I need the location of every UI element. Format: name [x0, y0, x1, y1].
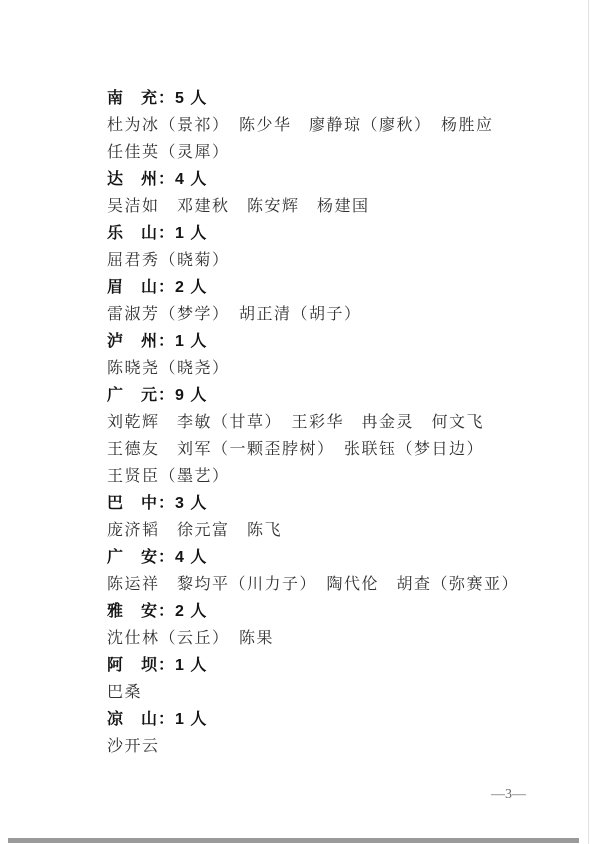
- names-row: 庞济韬 徐元富 陈飞: [107, 517, 568, 544]
- city-section-leshan: 乐 山：1 人 屈君秀（晓菊）: [107, 220, 568, 274]
- city-count-heading: 眉 山：2 人: [107, 274, 568, 301]
- names-row: 任佳英（灵犀）: [107, 139, 568, 166]
- page-right-edge: [588, 0, 589, 844]
- page-bottom-edge-shadow: [8, 838, 579, 843]
- city-count-heading: 泸 州：1 人: [107, 328, 568, 355]
- city-section-liangshan: 凉 山：1 人 沙开云: [107, 706, 568, 760]
- city-count-heading: 达 州：4 人: [107, 166, 568, 193]
- names-row: 陈晓尧（晓尧）: [107, 355, 568, 382]
- names-row: 陈运祥 黎均平（川力子） 陶代伦 胡查（弥赛亚）: [107, 571, 568, 598]
- city-section-guangan: 广 安：4 人 陈运祥 黎均平（川力子） 陶代伦 胡查（弥赛亚）: [107, 544, 568, 598]
- names-row: 王德友 刘军（一颗歪脖树） 张联钰（梦日边）: [107, 436, 568, 463]
- city-section-meishan: 眉 山：2 人 雷淑芳（梦学） 胡正清（胡子）: [107, 274, 568, 328]
- names-row: 刘乾辉 李敏（甘草） 王彩华 冉金灵 何文飞: [107, 409, 568, 436]
- names-row: 沈仕林（云丘） 陈果: [107, 625, 568, 652]
- city-count-heading: 广 安：4 人: [107, 544, 568, 571]
- city-section-aba: 阿 坝：1 人 巴桑: [107, 652, 568, 706]
- city-section-dazhou: 达 州：4 人 吴洁如 邓建秋 陈安辉 杨建国: [107, 166, 568, 220]
- city-count-heading: 南 充：5 人: [107, 85, 568, 112]
- city-count-heading: 阿 坝：1 人: [107, 652, 568, 679]
- city-section-yaan: 雅 安：2 人 沈仕林（云丘） 陈果: [107, 598, 568, 652]
- names-row: 屈君秀（晓菊）: [107, 247, 568, 274]
- names-row: 巴桑: [107, 679, 568, 706]
- city-section-luzhou: 泸 州：1 人 陈晓尧（晓尧）: [107, 328, 568, 382]
- city-count-heading: 广 元：9 人: [107, 382, 568, 409]
- city-section-nanchong: 南 充：5 人 杜为冰（景祁） 陈少华 廖静琼（廖秋） 杨胜应 任佳英（灵犀）: [107, 85, 568, 166]
- city-section-bazhong: 巴 中：3 人 庞济韬 徐元富 陈飞: [107, 490, 568, 544]
- city-count-heading: 乐 山：1 人: [107, 220, 568, 247]
- name-list-content: 南 充：5 人 杜为冰（景祁） 陈少华 廖静琼（廖秋） 杨胜应 任佳英（灵犀） …: [107, 85, 568, 760]
- city-count-heading: 巴 中：3 人: [107, 490, 568, 517]
- names-row: 雷淑芳（梦学） 胡正清（胡子）: [107, 301, 568, 328]
- city-count-heading: 凉 山：1 人: [107, 706, 568, 733]
- city-count-heading: 雅 安：2 人: [107, 598, 568, 625]
- names-row: 吴洁如 邓建秋 陈安辉 杨建国: [107, 193, 568, 220]
- names-row: 杜为冰（景祁） 陈少华 廖静琼（廖秋） 杨胜应: [107, 112, 568, 139]
- names-row: 王贤臣（墨艺）: [107, 463, 568, 490]
- page-number: —3—: [491, 786, 526, 804]
- document-page: 南 充：5 人 杜为冰（景祁） 陈少华 廖静琼（廖秋） 杨胜应 任佳英（灵犀） …: [0, 0, 592, 844]
- city-section-guangyuan: 广 元：9 人 刘乾辉 李敏（甘草） 王彩华 冉金灵 何文飞 王德友 刘军（一颗…: [107, 382, 568, 490]
- names-row: 沙开云: [107, 733, 568, 760]
